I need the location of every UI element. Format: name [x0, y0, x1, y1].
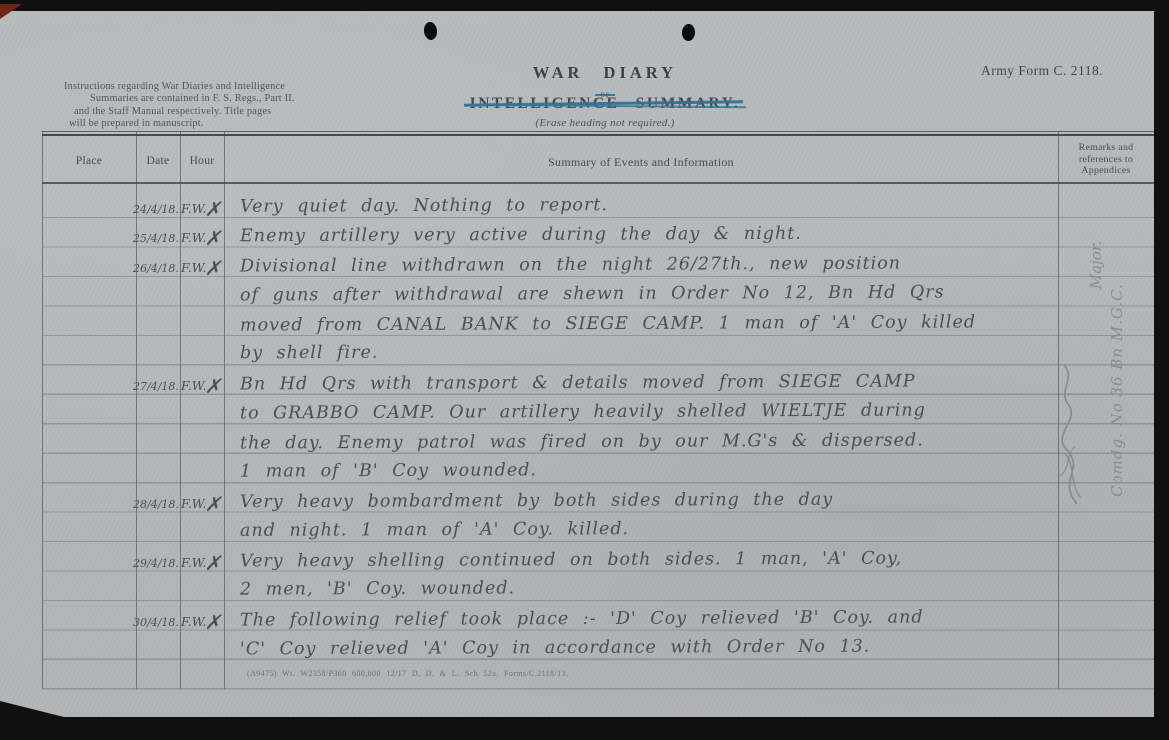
remarks-header-line: references to: [1058, 154, 1154, 166]
printers-imprint: (A9475) Wt. W2358/P360 600,000 12/17 D, …: [247, 669, 568, 678]
form-title: WAR DIARY: [470, 63, 740, 83]
instructions-line: Summaries are contained in F. S. Regs., …: [64, 93, 364, 105]
erase-note: (Erase heading not required.): [470, 117, 740, 129]
summary-line: Very heavy bombardment by both sides dur…: [240, 484, 833, 513]
initials-text: F.W.: [181, 230, 206, 245]
summary-line: of guns after withdrawal are shewn in Or…: [240, 276, 945, 305]
summary-line: 1 man of 'B' Coy wounded.: [240, 454, 537, 481]
instructions-line: will be prepared in manuscript.: [64, 118, 364, 130]
corner-fold-artifact: [0, 4, 22, 19]
cross-mark: ✗: [204, 231, 221, 245]
entry-initials: F.W.✗: [181, 367, 225, 393]
col-header-date: Date: [136, 155, 180, 167]
summary-line: by shell fire.: [240, 337, 378, 364]
entry-initials: F.W.✗: [181, 603, 225, 629]
col-header-place: Place: [42, 155, 136, 167]
cross-mark: ✗: [204, 615, 221, 629]
entry-initials: F.W.✗: [181, 544, 225, 570]
entry-date: 26/4/18.: [133, 249, 180, 275]
cross-mark: ✗: [204, 497, 221, 511]
table-top-rule-thick: [42, 134, 1154, 136]
initials-text: F.W.: [181, 496, 206, 511]
intelligence-summary-struck: INTELLIGENCE SUMMARY.: [470, 95, 741, 113]
summary-line: Divisional line withdrawn on the night 2…: [240, 248, 901, 277]
remarks-unit: Comdg. No 36 Bn M.G.C.: [1108, 230, 1124, 550]
summary-line: Enemy artillery very active during the d…: [240, 218, 802, 246]
cross-mark: ✗: [204, 261, 221, 275]
instructions-block: Instructions regarding War Diaries and I…: [64, 81, 364, 131]
struck-heading-container: INTELLIGENCE SUMMARY.: [430, 95, 780, 113]
army-form-number: Army Form C. 2118.: [981, 63, 1103, 79]
entry-date: 28/4/18.: [133, 485, 180, 511]
initials-text: F.W.: [181, 555, 206, 570]
entry-date: 24/4/18.: [133, 190, 180, 216]
summary-line: to GRABBO CAMP. Our artillery heavily sh…: [240, 395, 926, 424]
cross-mark: ✗: [204, 202, 221, 216]
signature-illegible: [1045, 358, 1089, 508]
entry-date: 30/4/18.: [133, 603, 180, 629]
scanned-war-diary-page: Instructions regarding War Diaries and I…: [0, 0, 1169, 740]
entry-initials: F.W.✗: [181, 485, 225, 511]
cross-mark: ✗: [204, 556, 221, 570]
cross-mark: ✗: [204, 379, 221, 393]
summary-line: Very heavy shelling continued on both si…: [240, 543, 902, 572]
instructions-line: and the Staff Manual respectively. Title…: [64, 106, 364, 118]
remarks-rank: Major.: [1087, 210, 1103, 320]
entry-initials: F.W.✗: [181, 249, 225, 275]
remarks-header-line: Appendices: [1058, 165, 1154, 177]
col-header-remarks: Remarks and references to Appendices: [1058, 142, 1154, 177]
initials-text: F.W.: [181, 260, 206, 275]
table-header-bottom-rule: [42, 182, 1154, 184]
col-header-summary: Summary of Events and Information: [224, 155, 1058, 170]
entry-date: 27/4/18.: [133, 367, 180, 393]
entry-initials: F.W.✗: [181, 219, 225, 245]
summary-line: 2 men, 'B' Coy. wounded.: [240, 572, 515, 599]
summary-line: and night. 1 man of 'A' Coy. killed.: [240, 513, 629, 541]
initials-text: F.W.: [181, 201, 206, 216]
instructions-line: Instructions regarding War Diaries and I…: [64, 81, 364, 93]
entry-date: 29/4/18.: [133, 544, 180, 570]
entry-initials: F.W.✗: [181, 190, 225, 216]
summary-line: Very quiet day. Nothing to report.: [240, 189, 608, 217]
summary-line: The following relief took place :- 'D' C…: [240, 602, 924, 631]
summary-line: the day. Enemy patrol was fired on by ou…: [240, 425, 924, 454]
initials-text: F.W.: [181, 614, 206, 629]
col-header-hour: Hour: [180, 155, 224, 167]
table-top-rule-thin: [42, 131, 1154, 132]
remarks-header-line: Remarks and: [1058, 142, 1154, 154]
summary-line: moved from CANAL BANK to SIEGE CAMP. 1 m…: [240, 306, 976, 335]
entry-date: 25/4/18.: [133, 219, 180, 245]
initials-text: F.W.: [181, 378, 206, 393]
summary-line: Bn Hd Qrs with transport & details moved…: [240, 366, 916, 395]
summary-line: 'C' Coy relieved 'A' Coy in accordance w…: [240, 631, 870, 660]
